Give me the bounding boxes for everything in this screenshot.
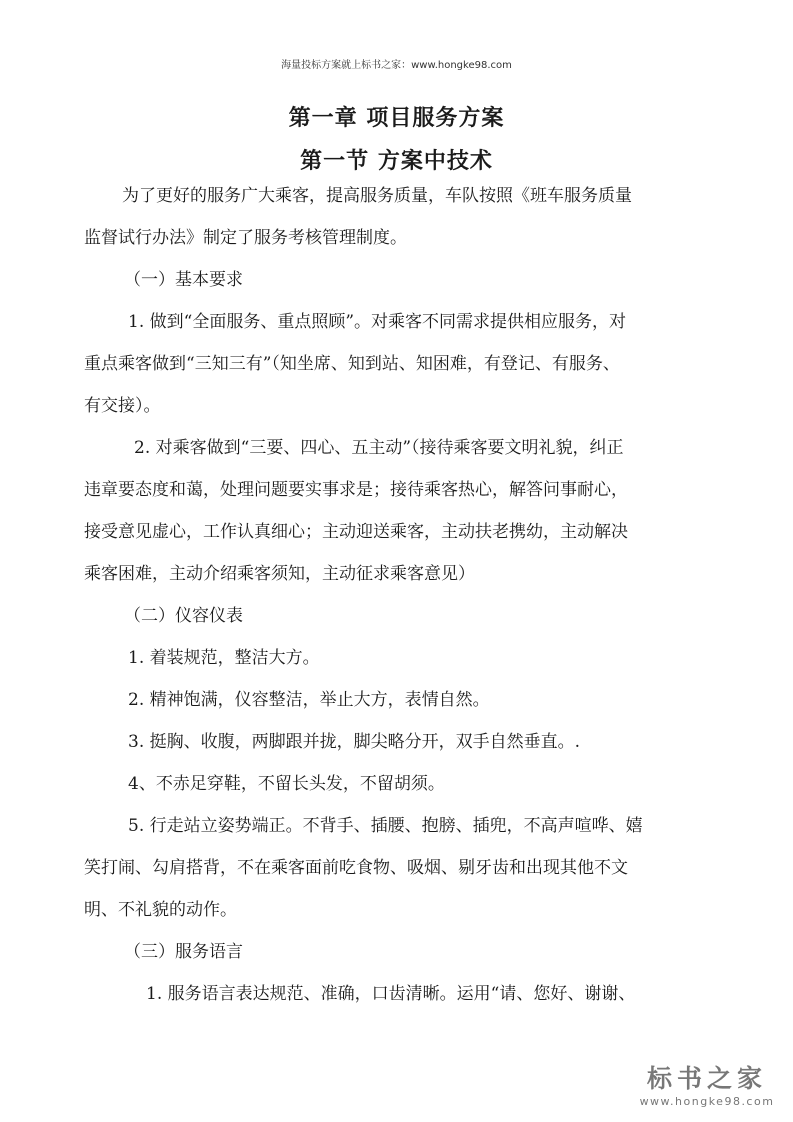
text-line: （二）仪容仪表 <box>124 604 754 628</box>
text-line: 1. 服务语言表达规范、准确，口齿清晰。运用“请、您好、谢谢、 <box>146 982 776 1006</box>
watermark-url: www.hongke98.com <box>637 1095 777 1108</box>
text-line: 乘客困难，主动介绍乘客须知，主动征求乘客意见） <box>84 562 714 586</box>
watermark-logo: 标书之家 www.hongke98.com <box>637 1059 777 1108</box>
text-line: （三）服务语言 <box>124 940 754 964</box>
text-line: 3. 挺胸、收腹，两脚跟并拢，脚尖略分开，双手自然垂直。. <box>128 730 758 754</box>
text-line: 1. 做到“全面服务、重点照顾”。对乘客不同需求提供相应服务，对 <box>128 310 758 334</box>
text-line: 重点乘客做到“三知三有”（知坐席、知到站、知困难，有登记、有服务、 <box>84 352 714 376</box>
text-line: 笑打闹、勾肩搭背，不在乘客面前吃食物、吸烟、剔牙齿和出现其他不文 <box>84 856 714 880</box>
text-line: 2. 精神饱满，仪容整洁，举止大方，表情自然。 <box>128 688 758 712</box>
text-line: 监督试行办法》制定了服务考核管理制度。 <box>84 226 714 250</box>
text-line: 为了更好的服务广大乘客，提高服务质量，车队按照《班车服务质量 <box>122 184 752 208</box>
text-line: （一）基本要求 <box>124 268 754 292</box>
text-line: 接受意见虚心，工作认真细心；主动迎送乘客，主动扶老携幼，主动解决 <box>84 520 714 544</box>
text-line: 2. 对乘客做到“三要、四心、五主动”（接待乘客要文明礼貌，纠正 <box>134 436 764 460</box>
section-title: 第一节 方案中技术 <box>0 144 793 175</box>
text-line: 5. 行走站立姿势端正。不背手、插腰、抱膀、插兜，不高声喧哗、嬉 <box>128 814 758 838</box>
text-line: 4、不赤足穿鞋，不留长头发，不留胡须。 <box>128 772 758 796</box>
text-line: 明、不礼貌的动作。 <box>84 898 714 922</box>
watermark-brand: 标书之家 <box>637 1059 777 1095</box>
chapter-title: 第一章 项目服务方案 <box>0 101 793 132</box>
text-line: 有交接）。 <box>84 394 714 418</box>
text-line: 违章要态度和蔼，处理问题要实事求是；接待乘客热心，解答问事耐心， <box>84 478 714 502</box>
header-banner: 海量投标方案就上标书之家：www.hongke98.com <box>0 56 793 71</box>
text-line: 1. 着装规范，整洁大方。 <box>128 646 758 670</box>
